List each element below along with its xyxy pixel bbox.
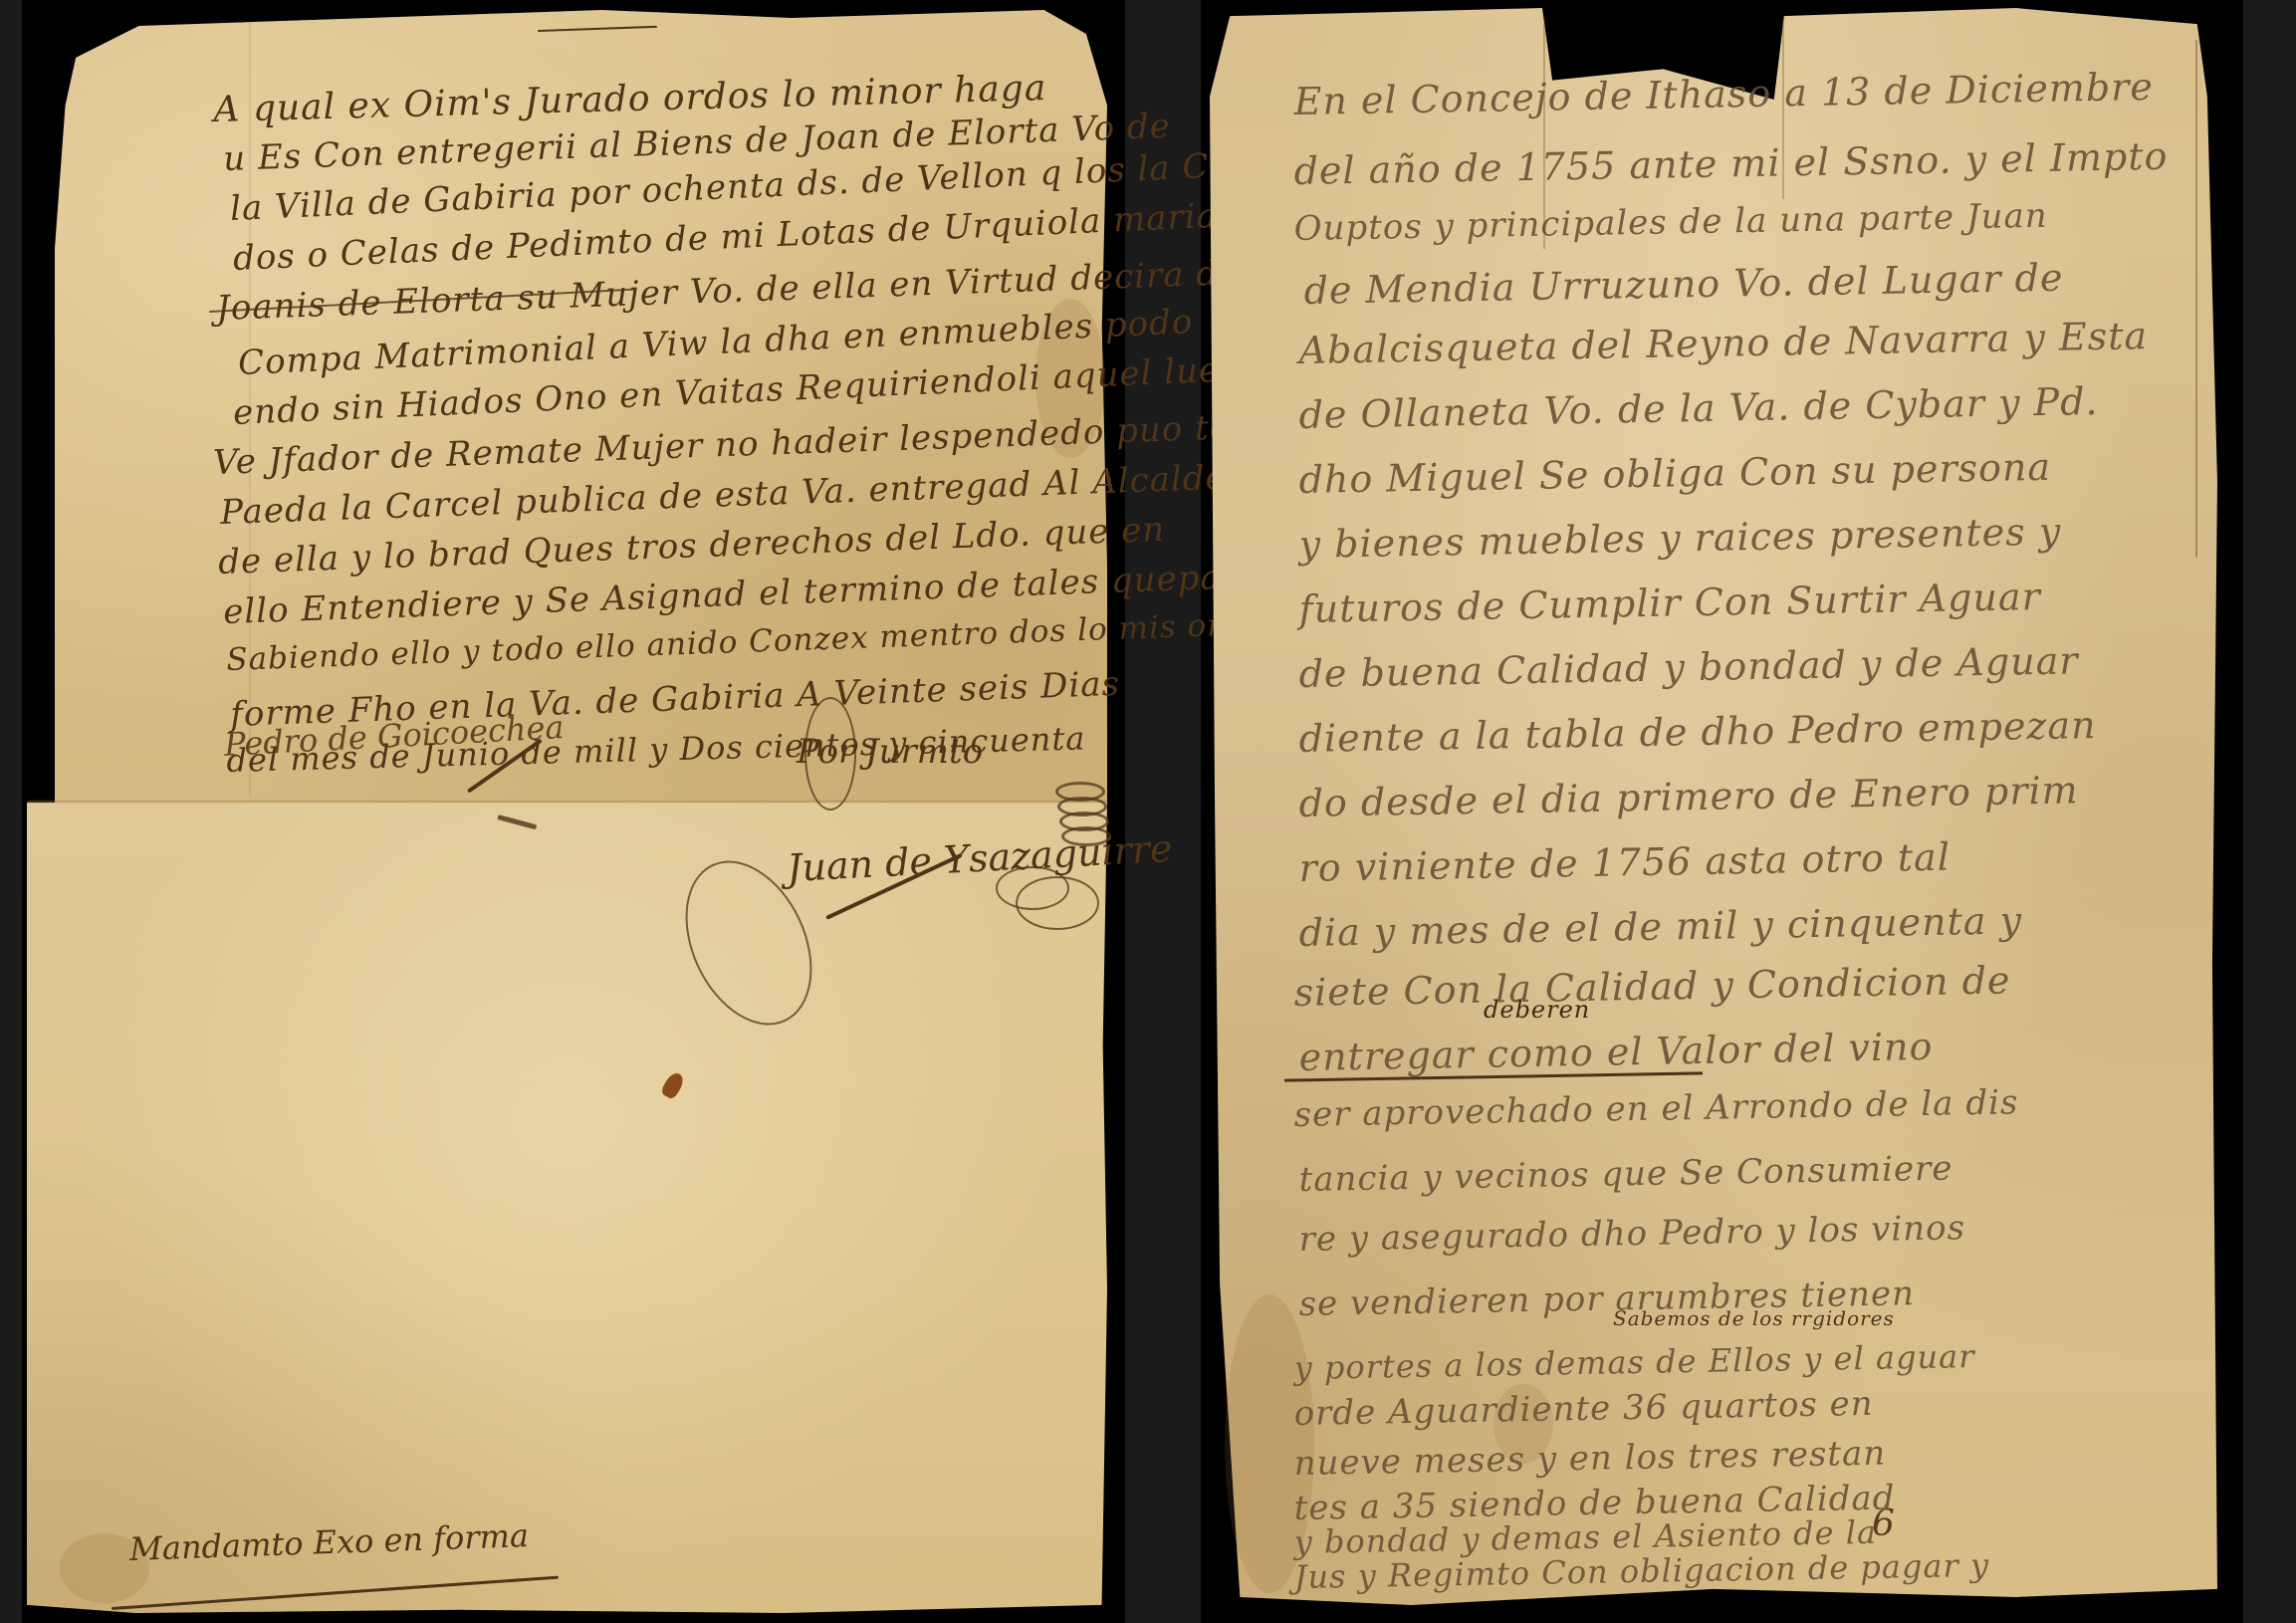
page-mark: 6 <box>1872 1504 1896 1544</box>
interlinear-insertion: deberen <box>1484 996 1590 1024</box>
left-page-fold-line <box>27 800 1107 804</box>
left-page-lower-panel <box>27 803 1107 1613</box>
scan-center-gutter <box>1125 0 1201 1623</box>
interlinear-insertion: Sabemos de los rrgidores <box>1613 1306 1895 1330</box>
rubric-coil <box>1016 876 1099 930</box>
signature-loop <box>804 697 856 811</box>
scan-right-edge-band <box>2243 0 2296 1623</box>
rubric-coil <box>1061 826 1111 846</box>
right-page-margin-rule <box>2195 40 2197 558</box>
scan-left-edge-band <box>0 0 22 1623</box>
